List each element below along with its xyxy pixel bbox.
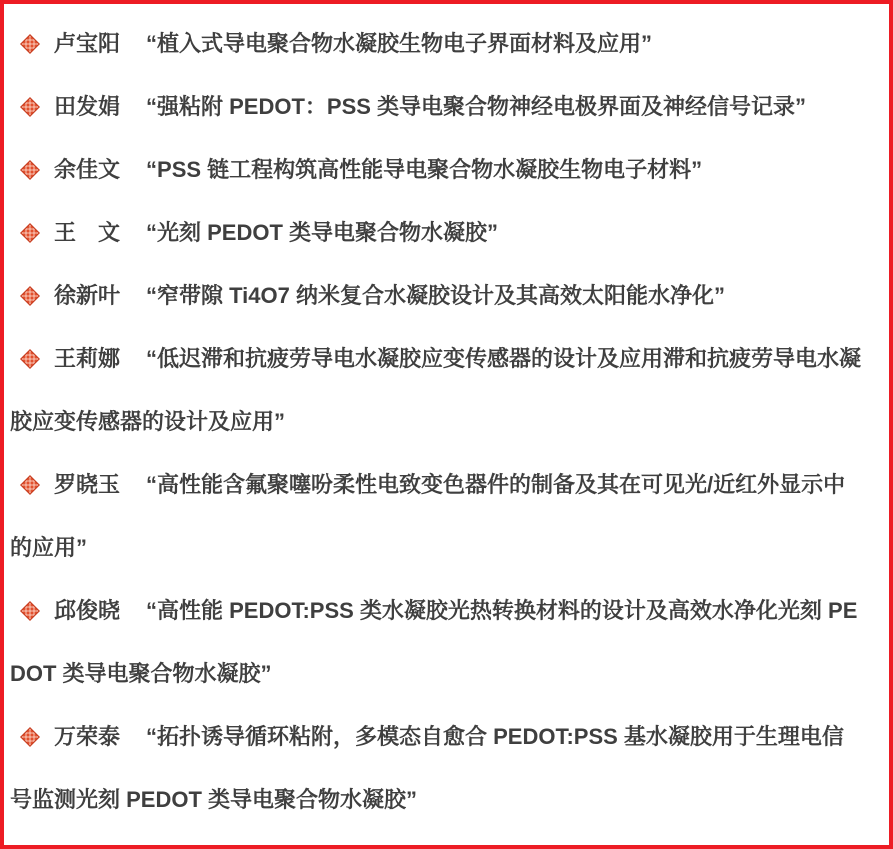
list-item: 徐新叶“窄带隙 Ti4O7 纳米复合水凝胶设计及其高效太阳能水净化”	[10, 264, 865, 327]
speaker-name: 万荣泰	[54, 724, 120, 749]
list-item: 田发娟“强粘附 PEDOT：PSS 类导电聚合物神经电极界面及神经信号记录”	[10, 75, 865, 138]
speaker-name: 田发娟	[54, 94, 120, 119]
list-item: 邱俊晓“高性能 PEDOT:PSS 类水凝胶光热转换材料的设计及高效水净化光刻 …	[10, 579, 865, 705]
speaker-name: 卢宝阳	[54, 31, 120, 56]
speaker-name: 罗晓玉	[54, 472, 120, 497]
talk-title: “植入式导电聚合物水凝胶生物电子界面材料及应用”	[146, 31, 652, 56]
speaker-name: 徐新叶	[54, 283, 120, 308]
diamond-bullet-icon	[20, 34, 40, 54]
list-item: 罗晓玉“高性能含氟聚噻吩柔性电致变色器件的制备及其在可见光/近红外显示中的应用”	[10, 453, 865, 579]
talk-title: “拓扑诱导循环粘附，多模态自愈合 PEDOT:PSS 基水凝胶用于生理电信号监测…	[10, 724, 844, 812]
diamond-bullet-icon	[20, 727, 40, 747]
talk-title: “高性能 PEDOT:PSS 类水凝胶光热转换材料的设计及高效水净化光刻 PED…	[10, 598, 857, 686]
diamond-bullet-icon	[20, 286, 40, 306]
diamond-bullet-icon	[20, 97, 40, 117]
talk-title: “PSS 链工程构筑高性能导电聚合物水凝胶生物电子材料”	[146, 157, 702, 182]
talk-title: “强粘附 PEDOT：PSS 类导电聚合物神经电极界面及神经信号记录”	[146, 94, 806, 119]
diamond-bullet-icon	[20, 601, 40, 621]
talk-title: “光刻 PEDOT 类导电聚合物水凝胶”	[146, 220, 498, 245]
list-item: 万荣泰“拓扑诱导循环粘附，多模态自愈合 PEDOT:PSS 基水凝胶用于生理电信…	[10, 705, 865, 831]
list-item: 王莉娜“低迟滞和抗疲劳导电水凝胶应变传感器的设计及应用滞和抗疲劳导电水凝胶应变传…	[10, 327, 865, 453]
talk-title: “高性能含氟聚噻吩柔性电致变色器件的制备及其在可见光/近红外显示中的应用”	[10, 472, 845, 560]
speaker-name: 余佳文	[54, 157, 120, 182]
speaker-name: 邱俊晓	[54, 598, 120, 623]
talk-title: “低迟滞和抗疲劳导电水凝胶应变传感器的设计及应用滞和抗疲劳导电水凝胶应变传感器的…	[10, 346, 861, 434]
talk-title: “窄带隙 Ti4O7 纳米复合水凝胶设计及其高效太阳能水净化”	[146, 283, 725, 308]
list-item: 余佳文“PSS 链工程构筑高性能导电聚合物水凝胶生物电子材料”	[10, 138, 865, 201]
speaker-name: 王莉娜	[54, 346, 120, 371]
list-item: 卢宝阳“植入式导电聚合物水凝胶生物电子界面材料及应用”	[10, 12, 865, 75]
document-page: 卢宝阳“植入式导电聚合物水凝胶生物电子界面材料及应用” 田发娟“强粘附 PEDO…	[0, 0, 893, 849]
diamond-bullet-icon	[20, 349, 40, 369]
speaker-name: 王 文	[54, 220, 120, 245]
list-item: 王 文“光刻 PEDOT 类导电聚合物水凝胶”	[10, 201, 865, 264]
diamond-bullet-icon	[20, 223, 40, 243]
diamond-bullet-icon	[20, 475, 40, 495]
diamond-bullet-icon	[20, 160, 40, 180]
